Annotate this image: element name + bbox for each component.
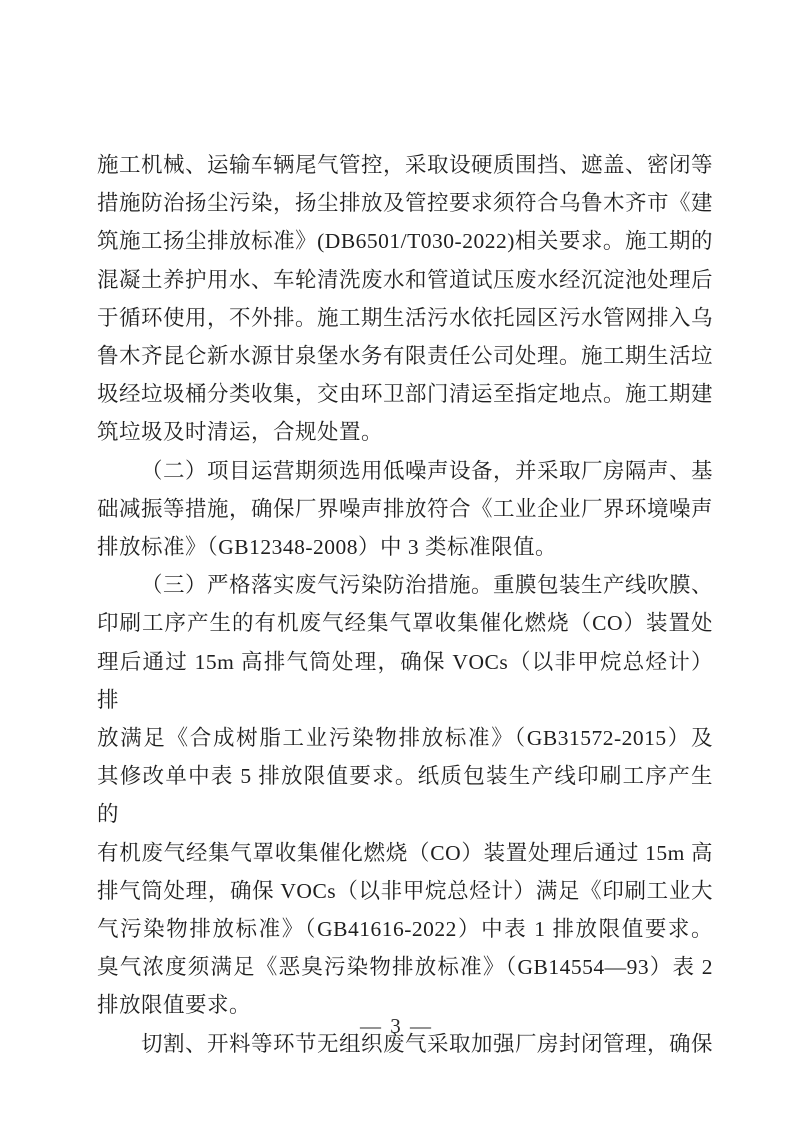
text-line: 圾经垃圾桶分类收集，交由环卫部门清运至指定地点。施工期建	[97, 375, 713, 413]
text-line: 于循环使用，不外排。施工期生活污水依托园区污水管网排入乌	[97, 299, 713, 337]
text-line: 筑施工扬尘排放标准》(DB6501/T030-2022)相关要求。施工期的	[97, 222, 713, 260]
document-body: 施工机械、运输车辆尾气管控，采取设硬质围挡、遮盖、密闭等措施防治扬尘污染，扬尘排…	[97, 146, 713, 1063]
paragraph: 施工机械、运输车辆尾气管控，采取设硬质围挡、遮盖、密闭等措施防治扬尘污染，扬尘排…	[97, 146, 713, 452]
text-line: 理后通过 15m 高排气筒处理，确保 VOCs（以非甲烷总烃计）排	[97, 643, 713, 719]
text-line: （二）项目运营期须选用低噪声设备，并采取厂房隔声、基	[97, 452, 713, 490]
paragraph: （三）严格落实废气污染防治措施。重膜包装生产线吹膜、印刷工序产生的有机废气经集气…	[97, 566, 713, 1024]
text-line: 气污染物排放标准》（GB41616-2022）中表 1 排放限值要求。	[97, 910, 713, 948]
text-line: 排气筒处理，确保 VOCs（以非甲烷总烃计）满足《印刷工业大	[97, 872, 713, 910]
text-line: 其修改单中表 5 排放限值要求。纸质包装生产线印刷工序产生的	[97, 757, 713, 833]
page-number: — 3 —	[360, 1014, 433, 1038]
text-line: 混凝土养护用水、车轮清洗废水和管道试压废水经沉淀池处理后	[97, 261, 713, 299]
text-line: （三）严格落实废气污染防治措施。重膜包装生产线吹膜、	[97, 566, 713, 604]
text-line: 础减振等措施，确保厂界噪声排放符合《工业企业厂界环境噪声	[97, 490, 713, 528]
document-page: 施工机械、运输车辆尾气管控，采取设硬质围挡、遮盖、密闭等措施防治扬尘污染，扬尘排…	[0, 0, 793, 1122]
text-line: 排放标准》（GB12348-2008）中 3 类标准限值。	[97, 528, 713, 566]
text-line: 措施防治扬尘污染，扬尘排放及管控要求须符合乌鲁木齐市《建	[97, 184, 713, 222]
page-footer: — 3 —	[0, 1014, 793, 1039]
text-line: 筑垃圾及时清运，合规处置。	[97, 413, 713, 451]
text-line: 臭气浓度须满足《恶臭污染物排放标准》（GB14554—93）表 2	[97, 948, 713, 986]
text-line: 放满足《合成树脂工业污染物排放标准》（GB31572-2015）及	[97, 719, 713, 757]
text-line: 印刷工序产生的有机废气经集气罩收集催化燃烧（CO）装置处	[97, 604, 713, 642]
paragraph: （二）项目运营期须选用低噪声设备，并采取厂房隔声、基础减振等措施，确保厂界噪声排…	[97, 452, 713, 567]
text-line: 施工机械、运输车辆尾气管控，采取设硬质围挡、遮盖、密闭等	[97, 146, 713, 184]
text-line: 鲁木齐昆仑新水源甘泉堡水务有限责任公司处理。施工期生活垃	[97, 337, 713, 375]
text-line: 有机废气经集气罩收集催化燃烧（CO）装置处理后通过 15m 高	[97, 834, 713, 872]
